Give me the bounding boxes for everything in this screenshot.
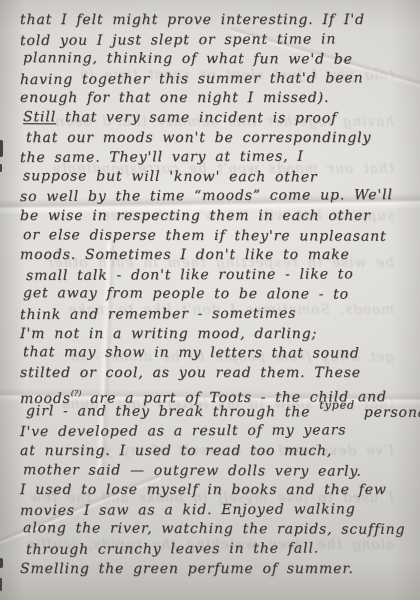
letter-line: mother said — outgrew dolls very early. (23, 461, 408, 482)
letter-line-text: personality (355, 404, 420, 420)
letter-line: told you I just slept or spent time in (20, 30, 408, 52)
letter-line: through crunchy leaves in the fall. (26, 539, 408, 561)
letter-line-text: that very same incident is proof (56, 109, 337, 126)
letter-line: stilted or cool, as you read them. These (20, 364, 408, 384)
letter-line: that our moods won't be correspondingly (26, 129, 408, 149)
letter-line-text: girl - and they break through the (26, 403, 319, 420)
letter-line: suppose but will 'know' each other (23, 167, 408, 188)
edge-mark (0, 578, 2, 591)
letter-line: I'm not in a writing mood, darling; (20, 325, 408, 345)
inserted-word-above-line: typed (319, 398, 355, 411)
superscript-note: (?) (71, 389, 82, 398)
letter-line: the same. They'll vary at times, I (20, 147, 408, 169)
letter-line: moods. Sometimes I don't like to make (20, 246, 408, 266)
letter-line: having together this summer that'd been (20, 69, 408, 91)
letter-line: I used to lose myself in books and the f… (20, 481, 408, 501)
letter-line: movies I saw as a kid. Enjoyed walking (20, 500, 408, 522)
letter-line: along the river, watching the rapids, sc… (23, 520, 408, 541)
underlined-word: Still (23, 109, 56, 125)
letter-page: told you I just slept or spent time in h… (0, 0, 420, 600)
letter-line: Smelling the green perfume of summer. (20, 560, 408, 580)
letter-line: that I felt might prove interesting. If … (20, 11, 408, 31)
letter-line: planning, thinking of what fun we'd be (23, 49, 408, 70)
letter-line: think and remember - sometimes (20, 304, 408, 326)
letter-line: or else disperse them if they're unpleas… (23, 226, 408, 247)
letter-line: at nursing. I used to read too much, (20, 442, 408, 462)
letter-line: small talk - don't like routine - like t… (26, 265, 408, 287)
letter-line: I've developed as a result of my years (20, 421, 408, 443)
edge-mark (0, 140, 3, 157)
letter-line: girl - and they break through the typed … (26, 402, 408, 423)
letter-line: get away from people to be alone - to (23, 284, 408, 305)
handwriting-text: that I felt might prove interesting. If … (20, 11, 408, 579)
letter-line: enough for that one night I missed). (20, 89, 408, 109)
letter-line: that may show in my letters that sound (23, 343, 408, 364)
letter-line: be wise in respecting them in each other (20, 207, 408, 227)
edge-mark (0, 164, 2, 172)
edge-mark (0, 558, 3, 568)
letter-line: Still that very same incident is proof (23, 108, 408, 129)
letter-line: so well by the time “moods” come up. We'… (20, 186, 408, 208)
